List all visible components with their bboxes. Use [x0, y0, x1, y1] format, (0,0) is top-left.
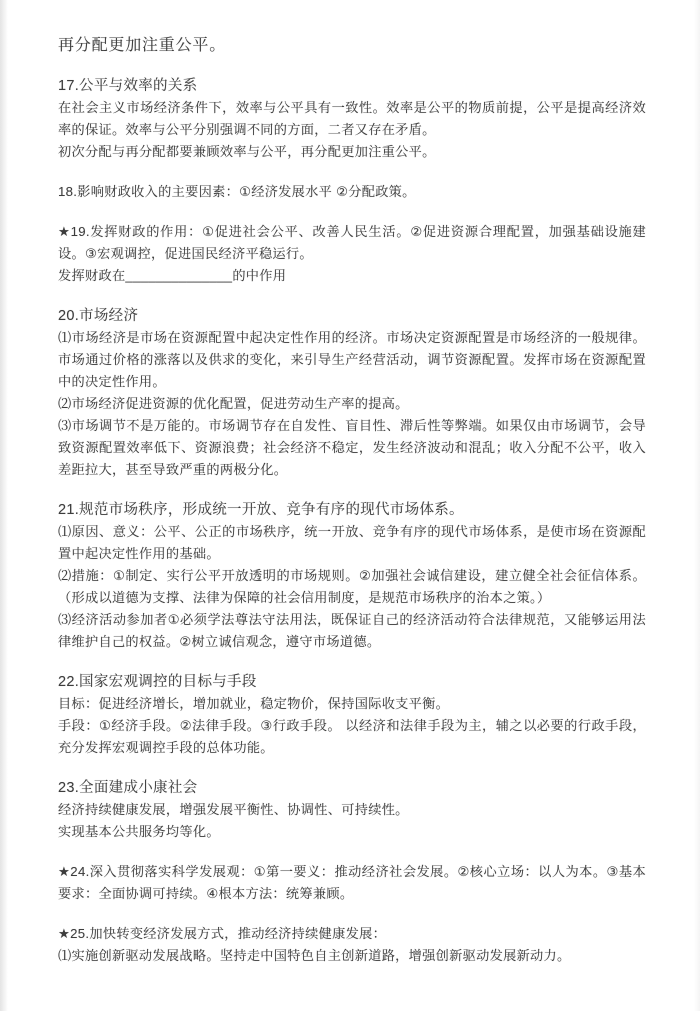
section-16-tail: 再分配更加注重公平。 [58, 35, 646, 57]
s21-para-3: ⑶经济活动参加者①必须学法尊法守法用法，既保证自己的经济活动符合法律规范，又能够… [58, 609, 646, 653]
s25-para-1: ⑴实施创新驱动发展战略。坚持走中国特色自主创新道路，增强创新驱动发展新动力。 [58, 945, 646, 967]
s20-para-2: ⑵市场经济促进资源的优化配置，促进劳动生产率的提高。 [58, 393, 646, 415]
s21-heading: 21.规范市场秩序，形成统一开放、竞争有序的现代市场体系。 [58, 499, 646, 521]
section-19-fiscal-role: ★19.发挥财政的作用：①促进社会公平、改善人民生活。②促进资源合理配置，加强基… [58, 221, 646, 287]
section-21-market-order: 21.规范市场秩序，形成统一开放、竞争有序的现代市场体系。 ⑴原因、意义：公平、… [58, 499, 646, 653]
s18-para-1: 18.影响财政收入的主要因素：①经济发展水平 ②分配政策。 [58, 181, 646, 203]
s24-para-1: ★24.深入贯彻落实科学发展观：①第一要义：推动经济社会发展。②核心立场：以人为… [58, 861, 646, 905]
s23-para-1: 经济持续健康发展，增强发展平衡性、协调性、可持续性。 [58, 799, 646, 821]
s23-para-2: 实现基本公共服务均等化。 [58, 821, 646, 843]
section-23-prosperous-society: 23.全面建成小康社会 经济持续健康发展，增强发展平衡性、协调性、可持续性。 实… [58, 777, 646, 843]
s22-heading: 22.国家宏观调控的目标与手段 [58, 671, 646, 693]
s22-means-line: 手段：①经济手段。②法律手段。③行政手段。 以经济和法律手段为主，辅之以必要的行… [58, 715, 646, 759]
document-page: 再分配更加注重公平。 17.公平与效率的关系 在社会主义市场经济条件下，效率与公… [0, 0, 700, 1011]
s20-heading: 20.市场经济 [58, 305, 646, 327]
section-20-market-economy: 20.市场经济 ⑴市场经济是市场在资源配置中起决定性作用的经济。市场决定资源配置… [58, 305, 646, 481]
s17-heading: 17.公平与效率的关系 [58, 75, 646, 97]
s21-para-2: ⑵措施：①制定、实行公平开放透明的市场规则。②加强社会诚信建设，建立健全社会征信… [58, 565, 646, 609]
section-18-fiscal-revenue-factors: 18.影响财政收入的主要因素：①经济发展水平 ②分配政策。 [58, 181, 646, 203]
s17-para-1: 在社会主义市场经济条件下，效率与公平具有一致性。效率是公平的物质前提，公平是提高… [58, 97, 646, 141]
s25-heading: ★25.加快转变经济发展方式，推动经济持续健康发展： [58, 923, 646, 945]
s23-heading: 23.全面建成小康社会 [58, 777, 646, 799]
section-17-fairness-efficiency: 17.公平与效率的关系 在社会主义市场经济条件下，效率与公平具有一致性。效率是公… [58, 75, 646, 163]
section-24-scientific-outlook: ★24.深入贯彻落实科学发展观：①第一要义：推动经济社会发展。②核心立场：以人为… [58, 861, 646, 905]
s21-para-1: ⑴原因、意义：公平、公正的市场秩序，统一开放、竞争有序的现代市场体系，是使市场在… [58, 521, 646, 565]
paragraph-redistribution-fairness: 再分配更加注重公平。 [58, 35, 646, 57]
s19-fill-in-blank-line: 发挥财政在______________的中作用 [58, 265, 646, 287]
s22-goals-line: 目标：促进经济增长，增加就业，稳定物价，保持国际收支平衡。 [58, 693, 646, 715]
section-25-development-mode: ★25.加快转变经济发展方式，推动经济持续健康发展： ⑴实施创新驱动发展战略。坚… [58, 923, 646, 967]
s20-para-1: ⑴市场经济是市场在资源配置中起决定性作用的经济。市场决定资源配置是市场经济的一般… [58, 327, 646, 393]
s19-para-1: ★19.发挥财政的作用：①促进社会公平、改善人民生活。②促进资源合理配置，加强基… [58, 221, 646, 265]
s17-para-2: 初次分配与再分配都要兼顾效率与公平，再分配更加注重公平。 [58, 141, 646, 163]
s20-para-3: ⑶市场调节不是万能的。市场调节存在自发性、盲目性、滞后性等弊端。如果仅由市场调节… [58, 415, 646, 481]
section-22-macro-control: 22.国家宏观调控的目标与手段 目标：促进经济增长，增加就业，稳定物价，保持国际… [58, 671, 646, 759]
